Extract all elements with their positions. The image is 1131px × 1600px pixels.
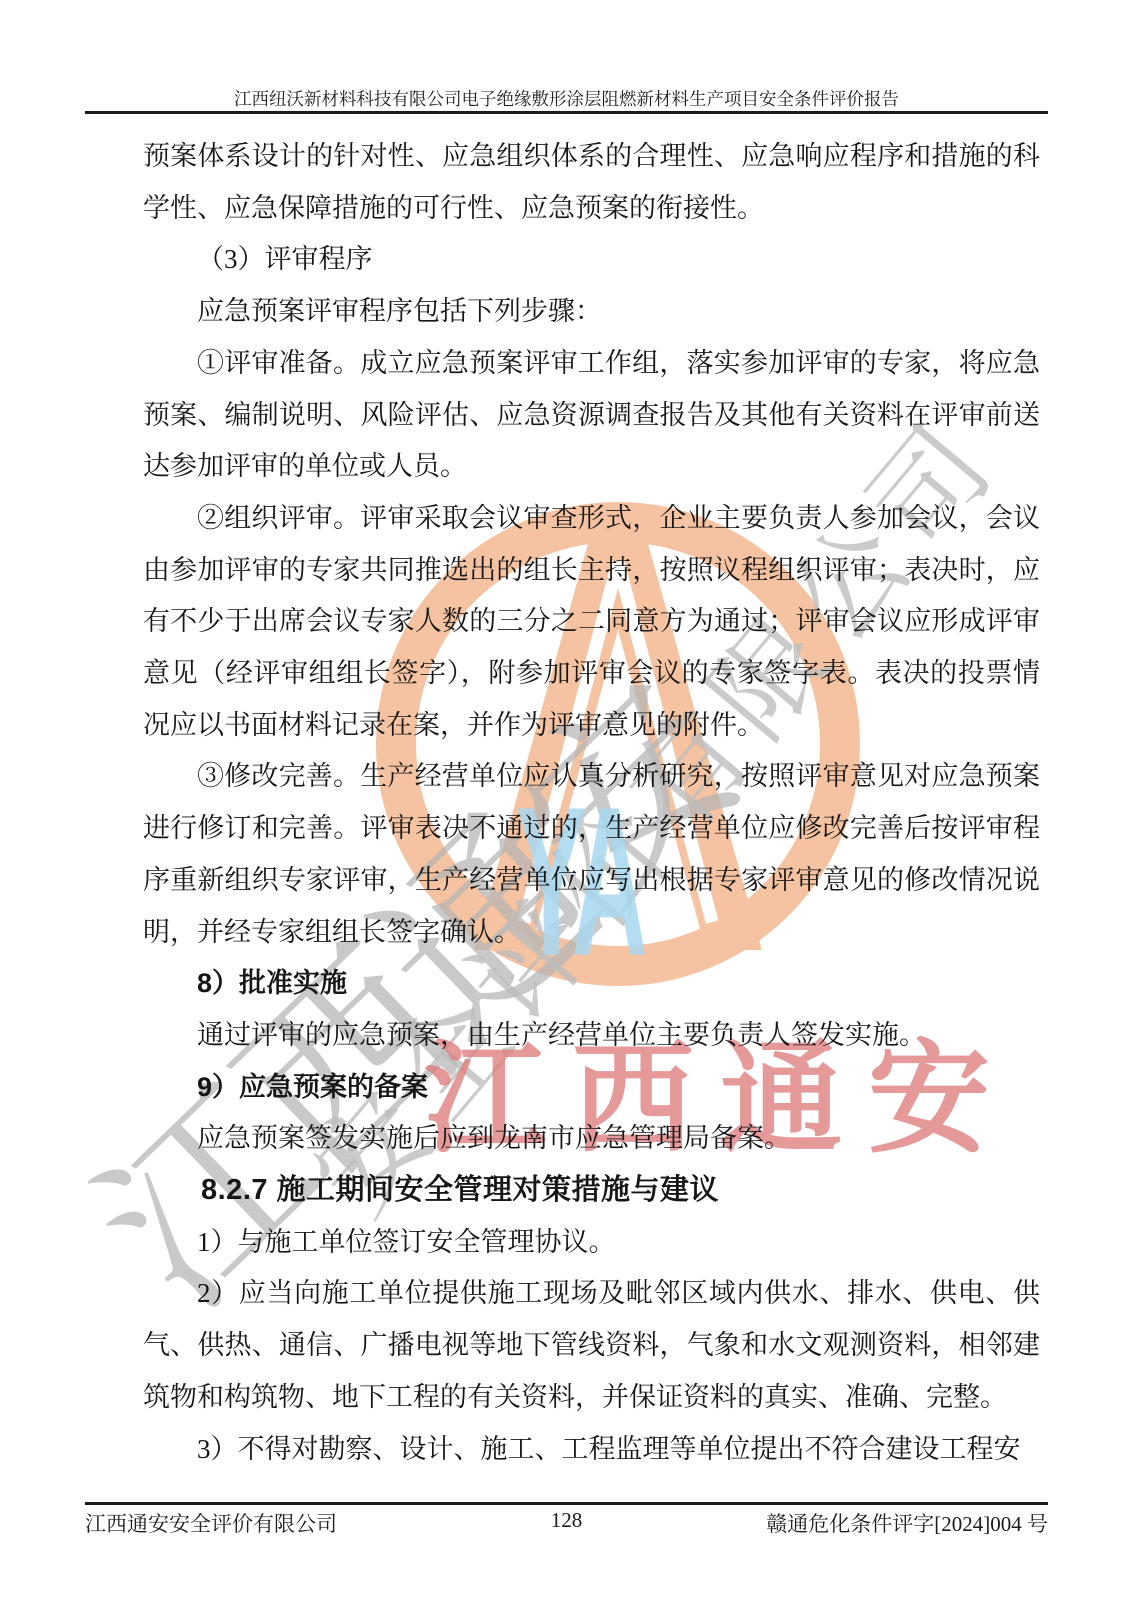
header-rule (85, 111, 1048, 114)
paragraph: 应急预案签发实施后应到龙南市应急管理局备案。 (143, 1113, 1040, 1165)
paragraph: ②组织评审。评审采取会议审查形式，企业主要负责人参加会议，会议由参加评审的专家共… (143, 493, 1040, 752)
body-text-block: 预案体系设计的针对性、应急组织体系的合理性、应急响应程序和措施的科学性、应急保障… (143, 131, 1040, 1475)
paragraph: ③修改完善。生产经营单位应认真分析研究，按照评审意见对应急预案进行修订和完善。评… (143, 751, 1040, 958)
footer-company-name: 江西通安安全评价有限公司 (85, 1508, 337, 1538)
footer-rule (85, 1502, 1048, 1505)
paragraph: 3）不得对勘察、设计、施工、工程监理等单位提出不符合建设工程安 (143, 1424, 1040, 1476)
page-header-title: 江西纽沃新材料科技有限公司电子绝缘敷形涂层阻燃新材料生产项目安全条件评价报告 (85, 86, 1048, 111)
subheading-plan-filing: 9）应急预案的备案 (143, 1062, 1040, 1114)
paragraph: 预案体系设计的针对性、应急组织体系的合理性、应急响应程序和措施的科学性、应急保障… (143, 131, 1040, 234)
paragraph: 2）应当向施工单位提供施工现场及毗邻区域内供水、排水、供电、供气、供热、通信、广… (143, 1268, 1040, 1423)
paragraph: ①评审准备。成立应急预案评审工作组，落实参加评审的专家，将应急预案、编制说明、风… (143, 338, 1040, 493)
paragraph: 1）与施工单位签订安全管理协议。 (143, 1217, 1040, 1269)
paragraph: （3）评审程序 (143, 234, 1040, 286)
section-heading-8-2-7: 8.2.7 施工期间安全管理对策措施与建议 (143, 1165, 1040, 1217)
paragraph: 应急预案评审程序包括下列步骤： (143, 286, 1040, 338)
document-page: 江西通安 安全评价有限公司 YA 江西通安 江西纽沃新材料科技有限公司电子绝缘敷… (0, 0, 1131, 1600)
subheading-approve-implement: 8）批准实施 (143, 958, 1040, 1010)
footer-document-number: 赣通危化条件评字[2024]004 号 (766, 1508, 1048, 1538)
paragraph: 通过评审的应急预案，由生产经营单位主要负责人签发实施。 (143, 1010, 1040, 1062)
